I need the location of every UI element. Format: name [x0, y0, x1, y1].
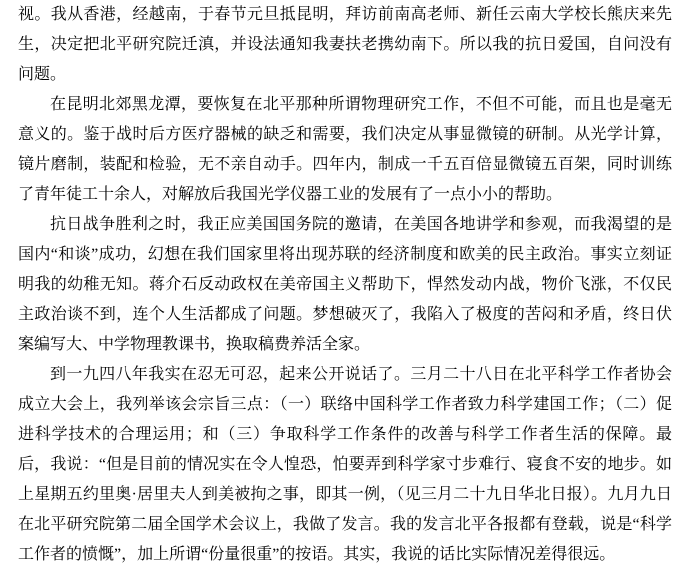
- paragraph: 在昆明北郊黑龙潭，要恢复在北平那种所谓物理研究工作，不但不可能，而且也是毫无意义…: [18, 90, 672, 210]
- paragraph: 视。我从香港，经越南，于春节元旦抵昆明，拜访前南高老师、新任云南大学校长熊庆来先…: [18, 0, 672, 90]
- paragraph: 抗日战争胜利之时，我正应美国国务院的邀请，在美国各地讲学和参观，而我渴望的是国内…: [18, 210, 672, 360]
- document-content: 视。我从香港，经越南，于春节元旦抵昆明，拜访前南高老师、新任云南大学校长熊庆来先…: [18, 0, 672, 570]
- paragraph: 到一九四八年我实在忍无可忍，起来公开说话了。三月二十八日在北平科学工作者协会成立…: [18, 360, 672, 570]
- document-page: 视。我从香港，经越南，于春节元旦抵昆明，拜访前南高老师、新任云南大学校长熊庆来先…: [0, 0, 676, 570]
